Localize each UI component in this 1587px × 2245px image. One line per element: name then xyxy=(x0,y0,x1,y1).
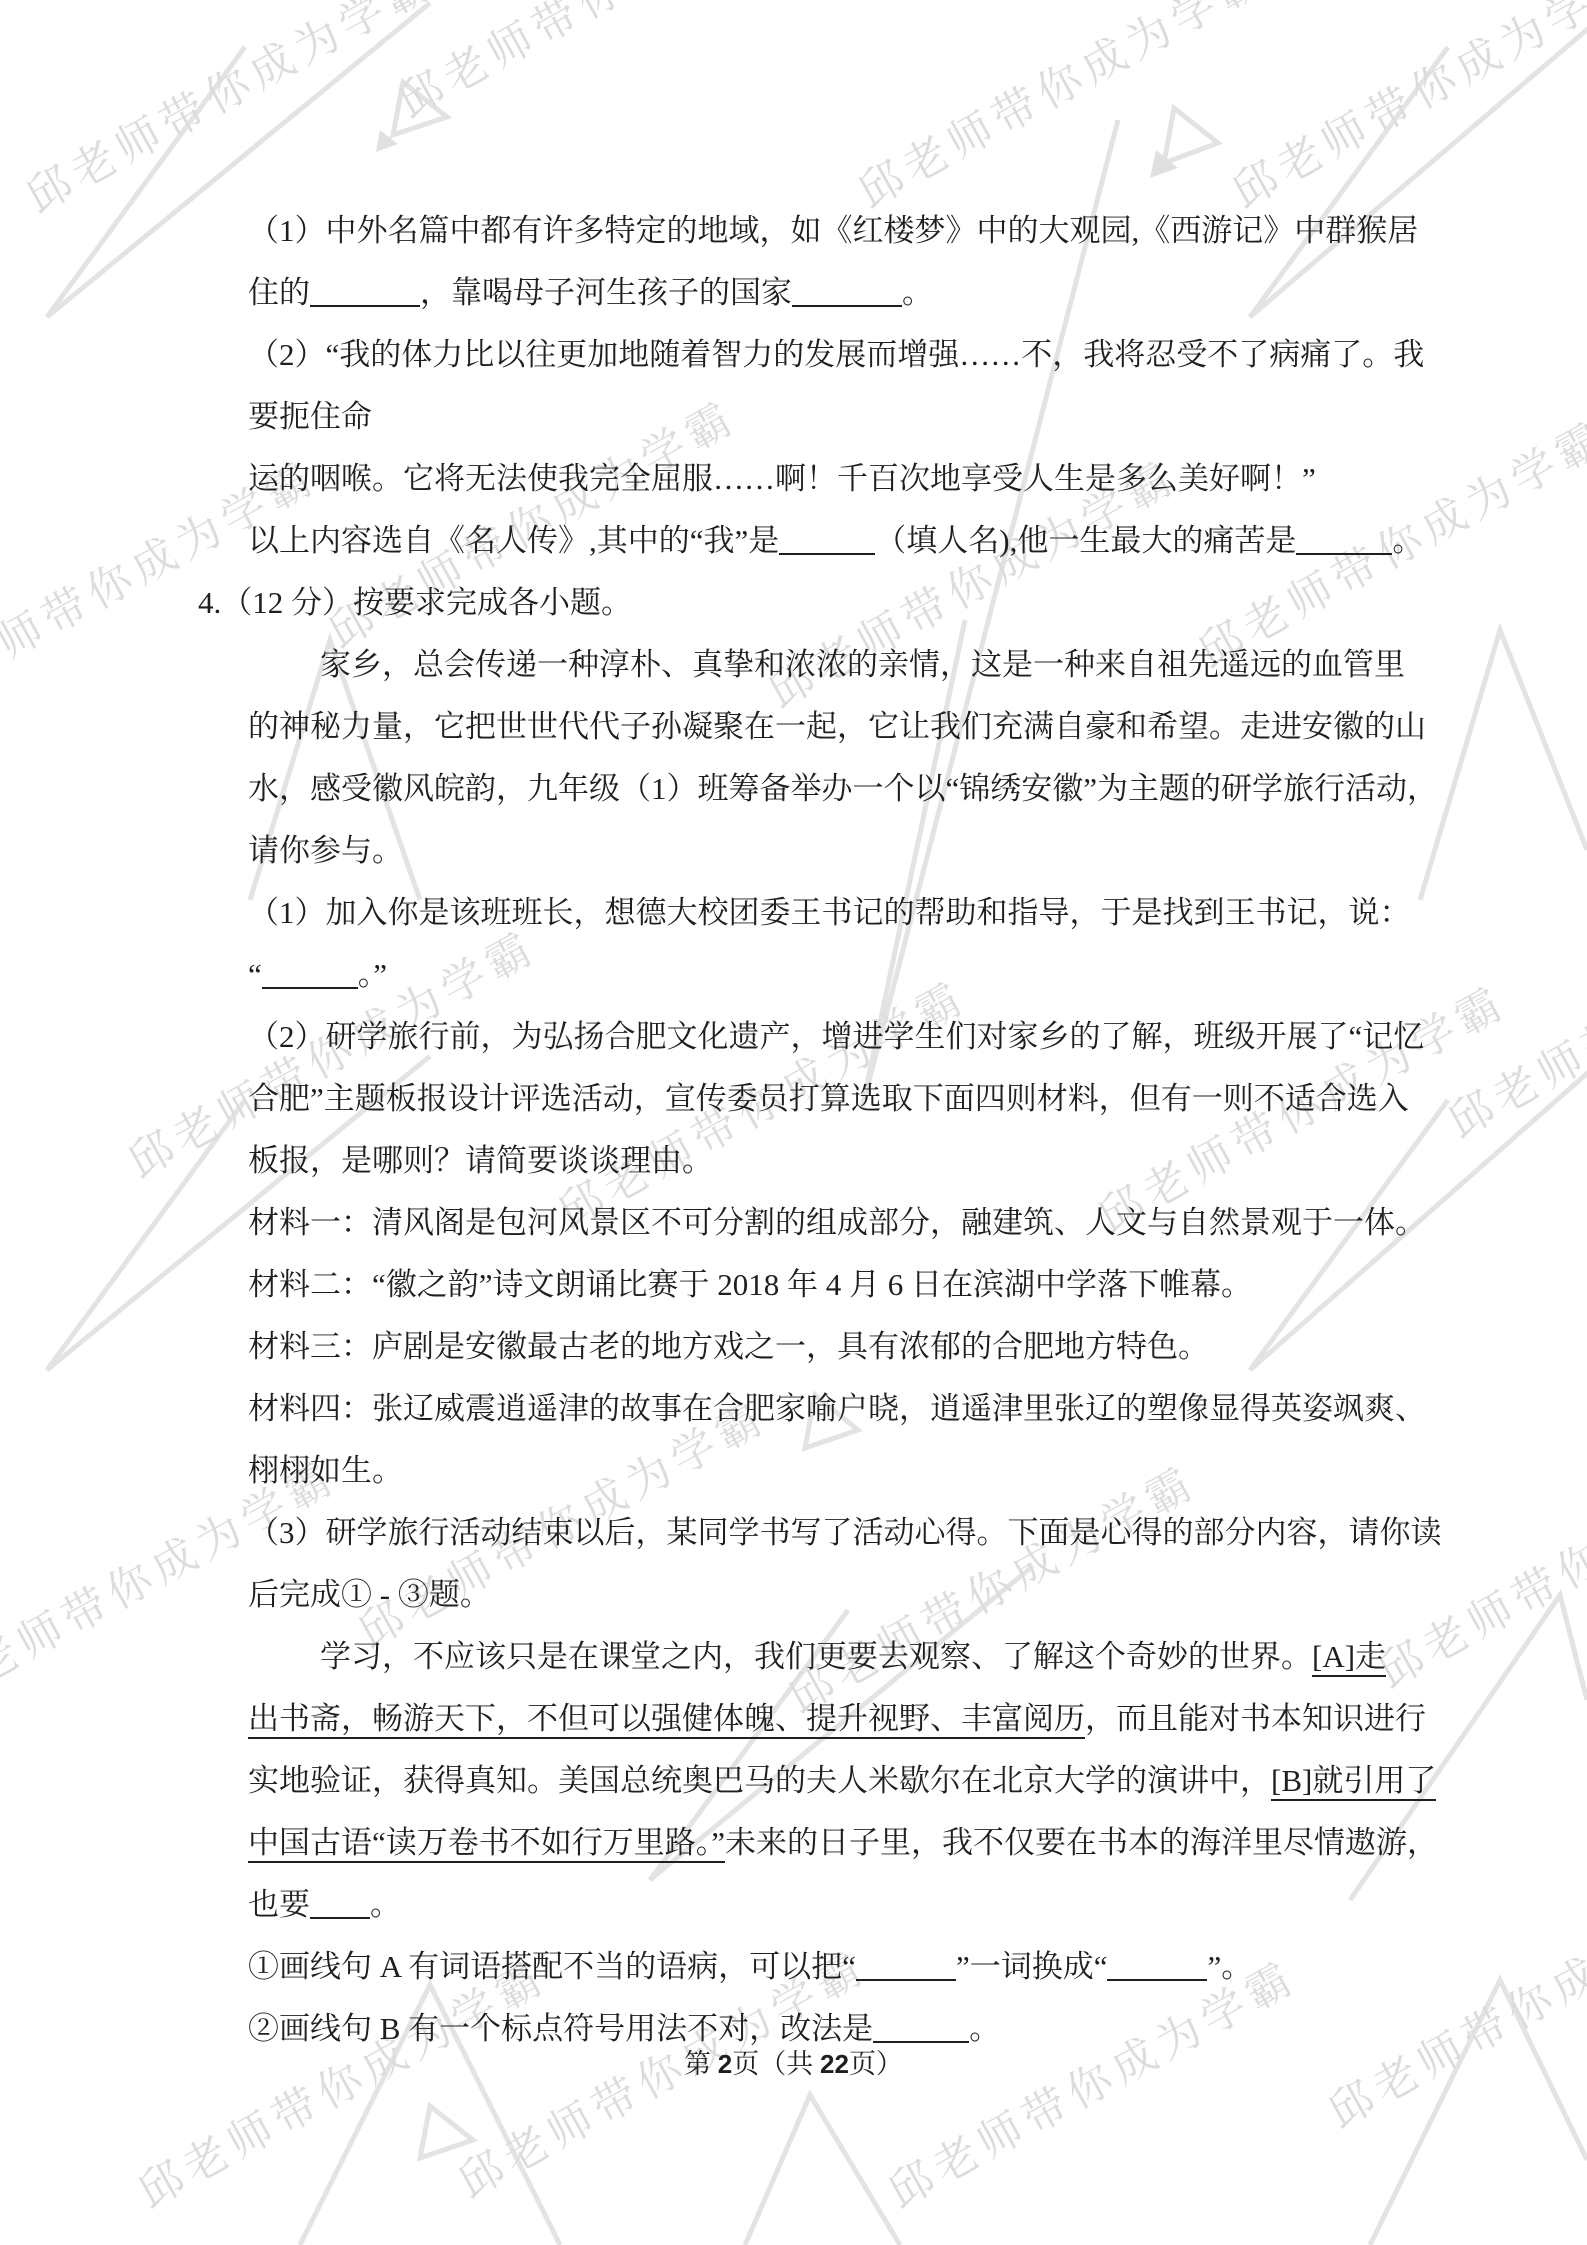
text-segment: ①画线句 A 有词语搭配不当的语病，可以把“ xyxy=(248,1949,856,1984)
text-segment: 未来的日子里，我不仅要在书本的海洋里尽情遨游， xyxy=(725,1825,1438,1860)
text-segment: 。 xyxy=(902,275,933,310)
text-segment: 以上内容选自《名人传》,其中的“我”是 xyxy=(248,523,779,558)
answer-blank xyxy=(310,1887,370,1919)
text-segment: 。 xyxy=(370,1887,401,1922)
text-segment: 住的 xyxy=(248,275,310,310)
text-segment: 板报，是哪则？请简要谈谈理由。 xyxy=(248,1143,713,1178)
text-line: 请你参与。 xyxy=(248,820,1408,882)
text-segment: 后完成① - ③题。 xyxy=(248,1577,491,1612)
text-line: 出书斋，畅游天下，不但可以强健体魄、提升视野、丰富阅历，而且能对书本知识进行 xyxy=(248,1688,1408,1750)
underlined-text: 中国古语“读万卷书不如行万里路。” xyxy=(248,1825,725,1863)
text-line: 后完成① - ③题。 xyxy=(248,1564,1408,1626)
footer-suffix: 页） xyxy=(849,2049,903,2079)
answer-blank xyxy=(873,2011,969,2043)
text-line: 中国古语“读万卷书不如行万里路。”未来的日子里，我不仅要在书本的海洋里尽情遨游， xyxy=(248,1812,1408,1874)
text-segment: （2）研学旅行前，为弘扬合肥文化遗产，增进学生们对家乡的了解，班级开展了“记忆 xyxy=(248,1019,1424,1054)
text-line: 合肥”主题板报设计评选活动，宣传委员打算选取下面四则材料，但有一则不适合选入 xyxy=(248,1068,1408,1130)
text-line: 要扼住命 xyxy=(248,386,1408,448)
document-lines: （1）中外名篇中都有许多特定的地域，如《红楼梦》中的大观园,《西游记》中群猴居住… xyxy=(248,200,1408,2060)
text-line: 的神秘力量，它把世世代代子孙凝聚在一起，它让我们充满自豪和希望。走进安徽的山 xyxy=(248,696,1408,758)
text-segment: 实地验证，获得真知。美国总统奥巴马的夫人米歇尔在北京大学的演讲中， xyxy=(248,1763,1271,1798)
text-segment: 请你参与。 xyxy=(248,833,403,868)
answer-blank xyxy=(779,523,875,555)
exam-paper-page: 邱老师带你成为学霸邱老师带你成为学霸邱老师带你成为学霸邱老师带你成为学霸邱老师带… xyxy=(0,0,1587,2245)
answer-blank xyxy=(310,275,420,307)
text-segment: 4.（12 分）按要求完成各小题。 xyxy=(198,585,632,620)
underlined-text: [A]走 xyxy=(1312,1639,1386,1677)
watermark-triangle-icon xyxy=(745,2095,900,2245)
text-segment: 。 xyxy=(1392,523,1423,558)
text-segment: “ xyxy=(248,957,262,992)
text-line: 家乡，总会传递一种淳朴、真挚和浓浓的亲情，这是一种来自祖先遥远的血管里 xyxy=(248,634,1408,696)
text-line: 材料一：清风阁是包河风景区不可分割的组成部分，融建筑、人文与自然景观于一体。 xyxy=(248,1192,1408,1254)
text-segment: 材料二：“徽之韵”诗文朗诵比赛于 2018 年 4 月 6 日在滨湖中学落下帷幕… xyxy=(248,1267,1252,1302)
text-segment: 材料一：清风阁是包河风景区不可分割的组成部分，融建筑、人文与自然景观于一体。 xyxy=(248,1205,1426,1240)
text-segment: 材料四：张辽威震逍遥津的故事在合肥家喻户晓，逍遥津里张辽的塑像显得英姿飒爽、 xyxy=(248,1391,1426,1426)
text-segment: 栩栩如生。 xyxy=(248,1453,403,1488)
text-line: 运的咽喉。它将无法使我完全屈服……啊！千百次地享受人生是多么美好啊！” xyxy=(248,448,1408,510)
text-segment: 的神秘力量，它把世世代代子孙凝聚在一起，它让我们充满自豪和希望。走进安徽的山 xyxy=(248,709,1426,744)
text-segment: 合肥”主题板报设计评选活动，宣传委员打算选取下面四则材料，但有一则不适合选入 xyxy=(248,1081,1409,1116)
underlined-text: [B]就引用了 xyxy=(1271,1763,1436,1801)
text-segment: ，而且能对书本知识进行 xyxy=(1085,1701,1426,1736)
text-line: （1）中外名篇中都有许多特定的地域，如《红楼梦》中的大观园,《西游记》中群猴居 xyxy=(248,200,1408,262)
text-segment: （2）“我的体力比以往更加地随着智力的发展而增强……不，我将忍受不了病痛了。我 xyxy=(248,337,1424,372)
text-line: “。” xyxy=(248,944,1408,1006)
text-line: 学习，不应该只是在课堂之内，我们更要去观察、了解这个奇妙的世界。[A]走 xyxy=(248,1626,1408,1688)
text-segment: 。” xyxy=(358,957,387,992)
text-segment: 也要 xyxy=(248,1887,310,1922)
text-line: 材料三：庐剧是安徽最古老的地方戏之一，具有浓郁的合肥地方特色。 xyxy=(248,1316,1408,1378)
text-line: 4.（12 分）按要求完成各小题。 xyxy=(198,572,1408,634)
text-line: ①画线句 A 有词语搭配不当的语病，可以把“”一词换成“”。 xyxy=(248,1936,1408,1998)
text-line: （1）加入你是该班班长，想德大校团委王书记的帮助和指导，于是找到王书记，说： xyxy=(248,882,1408,944)
answer-blank xyxy=(856,1949,956,1981)
text-segment: （3）研学旅行活动结束以后，某同学书写了活动心得。下面是心得的部分内容，请你读 xyxy=(248,1515,1442,1550)
answer-blank xyxy=(792,275,902,307)
answer-blank xyxy=(262,957,358,989)
text-line: 住的，靠喝母子河生孩子的国家。 xyxy=(248,262,1408,324)
text-line: 水，感受徽风皖韵，九年级（1）班筹备举办一个以“锦绣安徽”为主题的研学旅行活动， xyxy=(248,758,1408,820)
answer-blank xyxy=(1107,1949,1207,1981)
footer-mid: 页（共 xyxy=(732,2049,820,2079)
text-segment: ②画线句 B 有一个标点符号用法不对，改法是 xyxy=(248,2011,873,2046)
text-segment: 水，感受徽风皖韵，九年级（1）班筹备举办一个以“锦绣安徽”为主题的研学旅行活动， xyxy=(248,771,1438,806)
text-line: 板报，是哪则？请简要谈谈理由。 xyxy=(248,1130,1408,1192)
text-segment: ，靠喝母子河生孩子的国家 xyxy=(420,275,792,310)
watermark-triangle-icon xyxy=(1420,630,1587,900)
underlined-text: 出书斋，畅游天下，不但可以强健体魄、提升视野、丰富阅历 xyxy=(248,1701,1085,1739)
text-line: 材料四：张辽威震逍遥津的故事在合肥家喻户晓，逍遥津里张辽的塑像显得英姿飒爽、 xyxy=(248,1378,1408,1440)
text-segment: ”。 xyxy=(1207,1949,1252,1984)
text-line: （2）研学旅行前，为弘扬合肥文化遗产，增进学生们对家乡的了解，班级开展了“记忆 xyxy=(248,1006,1408,1068)
page-number: 2 xyxy=(718,2049,732,2079)
text-line: 材料二：“徽之韵”诗文朗诵比赛于 2018 年 4 月 6 日在滨湖中学落下帷幕… xyxy=(248,1254,1408,1316)
text-segment: ”一词换成“ xyxy=(956,1949,1108,1984)
text-segment: （1）中外名篇中都有许多特定的地域，如《红楼梦》中的大观园,《西游记》中群猴居 xyxy=(248,213,1418,248)
text-line: 实地验证，获得真知。美国总统奥巴马的夫人米歇尔在北京大学的演讲中，[B]就引用了 xyxy=(248,1750,1408,1812)
footer-prefix: 第 xyxy=(684,2049,718,2079)
text-segment: 材料三：庐剧是安徽最古老的地方戏之一，具有浓郁的合肥地方特色。 xyxy=(248,1329,1209,1364)
text-line: 栩栩如生。 xyxy=(248,1440,1408,1502)
watermark-small-triangle-icon xyxy=(1164,108,1218,163)
text-segment: 要扼住命 xyxy=(248,399,372,434)
text-line: 以上内容选自《名人传》,其中的“我”是（填人名),他一生最大的痛苦是。 xyxy=(248,510,1408,572)
text-segment: 家乡，总会传递一种淳朴、真挚和浓浓的亲情，这是一种来自祖先遥远的血管里 xyxy=(320,647,1405,682)
text-line: 也要。 xyxy=(248,1874,1408,1936)
text-segment: （1）加入你是该班班长，想德大校团委王书记的帮助和指导，于是找到王书记，说： xyxy=(248,895,1411,930)
text-line: （3）研学旅行活动结束以后，某同学书写了活动心得。下面是心得的部分内容，请你读 xyxy=(248,1502,1408,1564)
page-footer: 第 2页（共 22页） xyxy=(0,2042,1587,2081)
text-segment: （填人名),他一生最大的痛苦是 xyxy=(875,523,1296,558)
text-segment: 运的咽喉。它将无法使我完全屈服……啊！千百次地享受人生是多么美好啊！” xyxy=(248,461,1316,496)
answer-blank xyxy=(1296,523,1392,555)
total-pages: 22 xyxy=(820,2049,849,2079)
text-segment: 学习，不应该只是在课堂之内，我们更要去观察、了解这个奇妙的世界。 xyxy=(320,1639,1312,1674)
text-line: （2）“我的体力比以往更加地随着智力的发展而增强……不，我将忍受不了病痛了。我 xyxy=(248,324,1408,386)
text-segment: 。 xyxy=(969,2011,1000,2046)
